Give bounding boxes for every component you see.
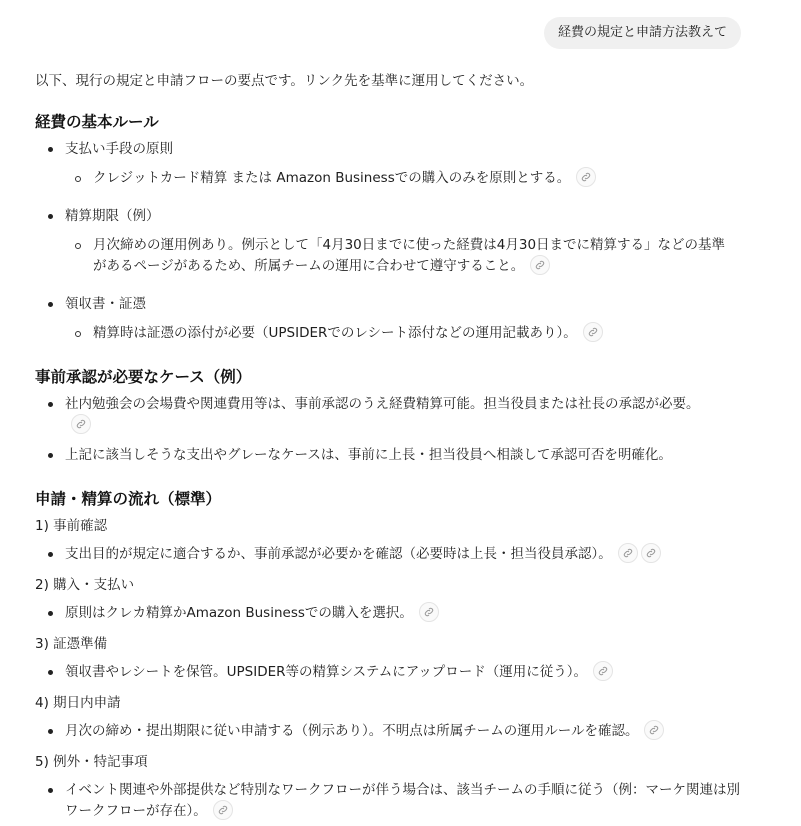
- list-item: 領収書やレシートを保管。UPSIDER等の精算システムにアップロード（運用に従う…: [35, 662, 740, 683]
- item-label: 領収書・証憑: [65, 296, 146, 312]
- source-link-button[interactable]: [419, 602, 439, 622]
- item-label: 精算期限（例）: [65, 208, 160, 224]
- link-icon: [75, 418, 87, 430]
- link-icon: [587, 326, 599, 338]
- list-item: 原則はクレカ精算かAmazon Businessでの購入を選択。: [35, 603, 740, 624]
- link-icon: [580, 171, 592, 183]
- list-item: 支出目的が規定に適合するか、事前承認が必要かを確認（必要時は上長・担当役員承認）…: [35, 544, 740, 565]
- list-item: 支払い手段の原則: [35, 139, 740, 160]
- step-label: 3) 証憑準備: [35, 634, 740, 655]
- link-icon: [597, 665, 609, 677]
- item-text: 月次の締め・提出期限に従い申請する（例示あり）。不明点は所属チームの運用ルールを…: [65, 723, 638, 739]
- link-icon: [648, 724, 660, 736]
- item-text: 社内勉強会の会場費や関連費用等は、事前承認のうえ経費精算可能。担当役員または社長…: [65, 396, 700, 412]
- step-label: 1) 事前確認: [35, 516, 740, 537]
- step-label: 4) 期日内申請: [35, 693, 740, 714]
- step-label: 2) 購入・支払い: [35, 575, 740, 596]
- list-item: 月次の締め・提出期限に従い申請する（例示あり）。不明点は所属チームの運用ルールを…: [35, 721, 740, 742]
- assistant-answer: 以下、現行の規定と申請フローの要点です。リンク先を基準に運用してください。 経費…: [35, 70, 740, 822]
- item-text: イベント関連や外部提供など特別なワークフローが伴う場合は、該当チームの手順に従う…: [65, 782, 740, 819]
- source-link-button[interactable]: [583, 322, 603, 342]
- section-title-pre-approval: 事前承認が必要なケース（例）: [35, 366, 740, 388]
- source-link-button[interactable]: [576, 167, 596, 187]
- item-text: 精算時は証憑の添付が必要（UPSIDERでのレシート添付などの運用記載あり）。: [93, 325, 577, 341]
- list-item: イベント関連や外部提供など特別なワークフローが伴う場合は、該当チームの手順に従う…: [35, 780, 740, 822]
- source-link-button[interactable]: [530, 255, 550, 275]
- item-text: 支出目的が規定に適合するか、事前承認が必要かを確認（必要時は上長・担当役員承認）…: [65, 546, 612, 562]
- item-text: 原則はクレカ精算かAmazon Businessでの購入を選択。: [65, 605, 413, 621]
- link-icon: [423, 606, 435, 618]
- step-label: 5) 例外・特記事項: [35, 752, 740, 773]
- item-text: 上記に該当しそうな支出やグレーなケースは、事前に上長・担当役員へ相談して承認可否…: [65, 447, 672, 463]
- list-item: 領収書・証憑: [35, 294, 740, 315]
- pre-approval-list: 社内勉強会の会場費や関連費用等は、事前承認のうえ経費精算可能。担当役員または社長…: [35, 394, 740, 466]
- answer-intro: 以下、現行の規定と申請フローの要点です。リンク先を基準に運用してください。: [35, 70, 740, 92]
- sub-list-item: クレジットカード精算 または Amazon Businessでの購入のみを原則と…: [35, 168, 740, 189]
- basic-rules-list: 支払い手段の原則 クレジットカード精算 または Amazon Businessで…: [35, 139, 740, 344]
- list-item: 精算期限（例）: [35, 206, 740, 227]
- user-message-bubble: 経費の規定と申請方法教えて: [544, 17, 741, 49]
- sub-list-item: 精算時は証憑の添付が必要（UPSIDERでのレシート添付などの運用記載あり）。: [35, 323, 740, 344]
- list-item: 社内勉強会の会場費や関連費用等は、事前承認のうえ経費精算可能。担当役員または社長…: [35, 394, 740, 436]
- source-link-button[interactable]: [618, 543, 638, 563]
- section-title-flow: 申請・精算の流れ（標準）: [35, 488, 740, 510]
- item-text: クレジットカード精算 または Amazon Businessでの購入のみを原則と…: [93, 170, 570, 186]
- item-text: 月次締めの運用例あり。例示として「4月30日までに使った経費は4月30日までに精…: [93, 237, 725, 274]
- sub-list-item: 月次締めの運用例あり。例示として「4月30日までに使った経費は4月30日までに精…: [35, 235, 740, 277]
- source-link-button[interactable]: [213, 800, 233, 820]
- link-icon: [645, 547, 657, 559]
- link-icon: [622, 547, 634, 559]
- source-link-button[interactable]: [641, 543, 661, 563]
- item-label: 支払い手段の原則: [65, 141, 173, 157]
- source-link-button[interactable]: [644, 720, 664, 740]
- link-icon: [217, 804, 229, 816]
- source-link-button[interactable]: [71, 414, 91, 434]
- section-title-basic-rules: 経費の基本ルール: [35, 111, 740, 133]
- item-text: 領収書やレシートを保管。UPSIDER等の精算システムにアップロード（運用に従う…: [65, 664, 587, 680]
- link-icon: [534, 259, 546, 271]
- list-item: 上記に該当しそうな支出やグレーなケースは、事前に上長・担当役員へ相談して承認可否…: [35, 445, 740, 466]
- source-link-button[interactable]: [593, 661, 613, 681]
